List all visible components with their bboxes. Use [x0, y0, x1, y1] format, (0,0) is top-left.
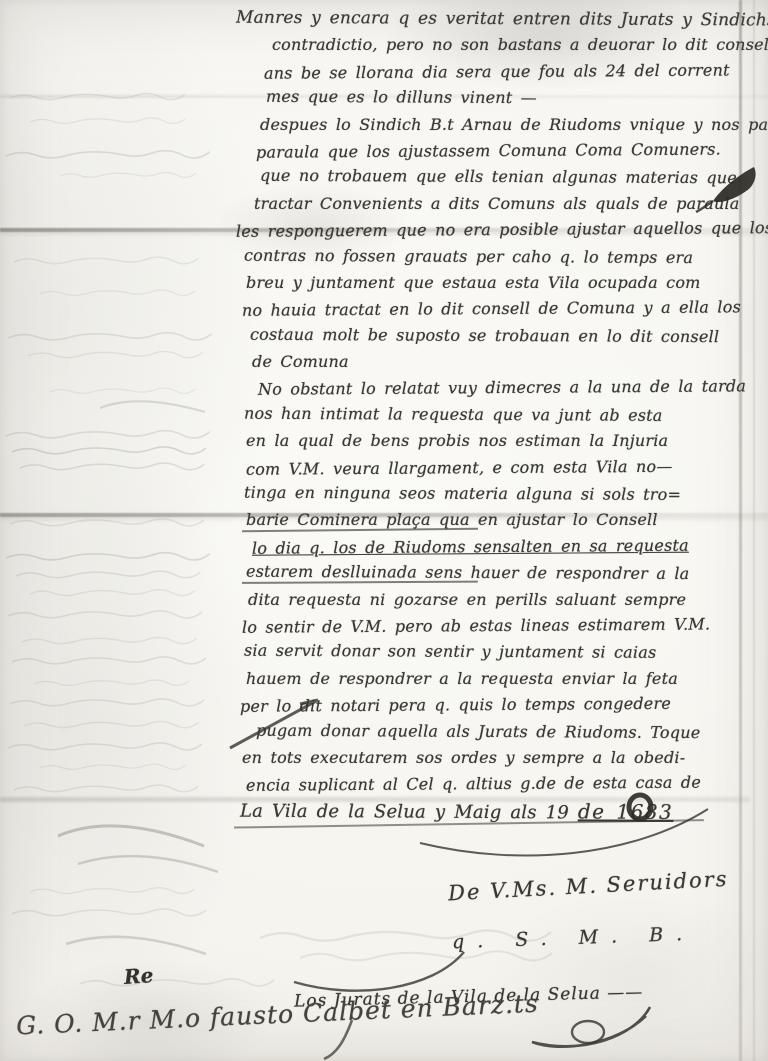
address-line: G. O. M.r M.o fausto Calbet en Barz.ts	[16, 989, 540, 1041]
manuscript-line-15: No obstant lo relatat vuy dimecres a la …	[258, 374, 750, 404]
jurats-flourish	[532, 1007, 650, 1047]
manuscript-line-25: sia servit donar son sentir y juntament …	[244, 638, 750, 667]
signature-closing: De V.Ms. M. Seruidors	[448, 867, 729, 906]
manuscript-line-22: estarem deslluinada sens hauer de respon…	[246, 559, 750, 588]
manuscript-line-20: barie Cominera plaça qua en ajustar lo C…	[246, 507, 750, 533]
signature-initials: q. S. M. B.	[452, 923, 696, 953]
manuscript-line-16: nos han intimat la requesta que va junt …	[244, 401, 750, 430]
manuscript-line-18: com V.M. veura llargament, e com esta Vi…	[246, 453, 750, 483]
manuscript-line-28: pugam donar aquella als Jurats de Riudom…	[256, 717, 750, 746]
manuscript-line-3: ans be se llorana dia sera que fou als 2…	[264, 57, 750, 87]
manuscript-line-30: encia suplicant al Cel q. altius g.de de…	[246, 770, 750, 800]
manuscript-line-19: tinga en ninguna seos materia alguna si …	[244, 480, 750, 509]
manuscript-line-21: lo dia q. los de Riudoms sensalten en sa…	[252, 532, 750, 562]
manuscript-line-8: tractar Convenients a dits Comuns als qu…	[254, 191, 750, 217]
manuscript-line-2: contradictio, pero no son bastans a deuo…	[272, 32, 750, 58]
manuscript-line-7: que no trobauem que ells tenian algunas …	[260, 163, 750, 192]
manuscript-line-1: Manres y encara q es veritat entren dits…	[236, 5, 750, 34]
manuscript-text-block: Manres y encara q es veritat entren dits…	[236, 6, 750, 824]
manuscript-line-4: mes que es lo dilluns vinent —	[266, 84, 750, 113]
manuscript-line-23: dita requesta ni gozarse en perills salu…	[248, 587, 750, 613]
manuscript-line-6: paraula que los ajustassem Comuna Coma C…	[256, 136, 750, 166]
registry-mark: Re	[123, 963, 154, 989]
manuscript-line-24: lo sentir de V.M. pero ab estas lineas e…	[242, 611, 750, 641]
manuscript-line-26: hauem de respondrer a la requesta enviar…	[246, 666, 750, 692]
date-year: de 1683	[578, 799, 674, 823]
manuscript-line-10: contras no fossen grauats per caho q. lo…	[244, 242, 750, 271]
manuscript-line-13: costaua molt be suposto se trobauan en l…	[250, 321, 750, 350]
manuscript-line-17: en la qual de bens probis nos estiman la…	[246, 428, 750, 454]
manuscript-line-5: despues lo Sindich B.t Arnau de Riudoms …	[260, 112, 750, 138]
manuscript-date-line: La Vila de la Selua y Maig als 19 de 168…	[240, 796, 750, 825]
manuscript-line-12: no hauia tractat en lo dit consell de Co…	[242, 295, 750, 325]
date-place-text: La Vila de la Selua y Maig als 19	[240, 800, 578, 823]
manuscript-page: Manres y encara q es veritat entren dits…	[0, 0, 768, 1061]
fold-crease-vertical-faint	[753, 0, 755, 1061]
manuscript-line-14: de Comuna	[252, 349, 750, 375]
manuscript-line-9: les responguerem que no era posible ajus…	[236, 215, 750, 245]
manuscript-line-11: breu y juntament que estaua esta Vila oc…	[246, 270, 750, 296]
initials-tail	[294, 952, 464, 991]
manuscript-line-27: per lo dit notari pera q. quis lo temps …	[240, 690, 750, 720]
manuscript-line-29: en tots executarem sos ordes y sempre a …	[242, 745, 750, 771]
